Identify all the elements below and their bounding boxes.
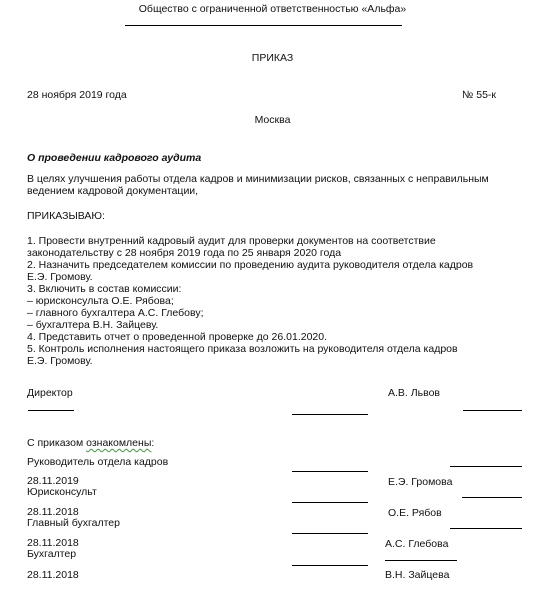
ack-signature-line — [462, 497, 522, 498]
order-items: 1. Провести внутренний кадровый аудит дл… — [27, 235, 473, 367]
ack-signature-line — [385, 560, 457, 561]
order-subject: О проведении кадрового аудита — [27, 152, 201, 164]
preamble-line: ведением кадровой документации, — [27, 185, 489, 197]
city: Москва — [0, 114, 545, 126]
ack-name: О.Е. Рябов — [388, 507, 442, 519]
ack-signature-line — [292, 565, 368, 566]
ack-position: Главный бухгалтер — [27, 517, 120, 529]
ack-name: В.Н. Зайцева — [385, 569, 449, 581]
ack-signature-line — [450, 528, 522, 529]
order-item-line: 3. Включить в состав комиссии: — [27, 283, 473, 295]
ack-position: Юрисконсульт — [27, 486, 97, 498]
order-item-line: законодательству с 28 ноября 2019 года п… — [27, 247, 473, 259]
order-word: ПРИКАЗЫВАЮ: — [27, 210, 105, 222]
order-item-line: 2. Назначить председателем комиссии по п… — [27, 259, 473, 271]
ack-signature-line — [292, 471, 368, 472]
ack-name: А.С. Глебова — [385, 538, 448, 550]
signature-position: Директор — [27, 387, 73, 399]
order-item-line: 4. Представить отчет о проведенной прове… — [27, 331, 473, 343]
order-item-line: 5. Контроль исполнения настоящего приказ… — [27, 343, 473, 355]
order-item-line: Е.Э. Громову. — [27, 271, 473, 283]
order-number: № 55-к — [462, 89, 496, 101]
doc-type: ПРИКАЗ — [0, 52, 545, 64]
order-date: 28 ноября 2019 года — [27, 89, 127, 101]
acknowledgement-heading: С приказом ознакомлены: — [27, 437, 154, 449]
order-item-line: 1. Провести внутренний кадровый аудит дл… — [27, 235, 473, 247]
ack-position: Бухгалтер — [27, 548, 76, 560]
signature-date-line — [28, 410, 74, 411]
spellcheck-word: ознакомлены — [86, 437, 151, 449]
preamble-line: В целях улучшения работы отдела кадров и… — [27, 173, 489, 185]
signature-decoding-line — [463, 410, 522, 411]
ack-position: Руководитель отдела кадров — [27, 456, 168, 468]
ack-date: 28.11.2018 — [27, 569, 79, 581]
ack-signature-line — [292, 502, 368, 503]
organization-name: Общество с ограниченной ответственностью… — [0, 3, 545, 15]
order-item-line: Е.Э. Громову. — [27, 355, 473, 367]
ack-name: Е.Э. Громова — [388, 476, 452, 488]
ack-signature-line — [450, 466, 522, 467]
organization-underline — [125, 25, 402, 26]
signature-name: А.В. Львов — [388, 387, 440, 399]
order-item-line: – бухгалтера В.Н. Зайцеву. — [27, 319, 473, 331]
signature-line — [292, 414, 368, 415]
preamble: В целях улучшения работы отдела кадров и… — [27, 173, 489, 197]
ack-signature-line — [292, 533, 368, 534]
order-item-line: – главного бухгалтера А.С. Глебову; — [27, 307, 473, 319]
order-item-line: – юрисконсульта О.Е. Рябова; — [27, 295, 473, 307]
